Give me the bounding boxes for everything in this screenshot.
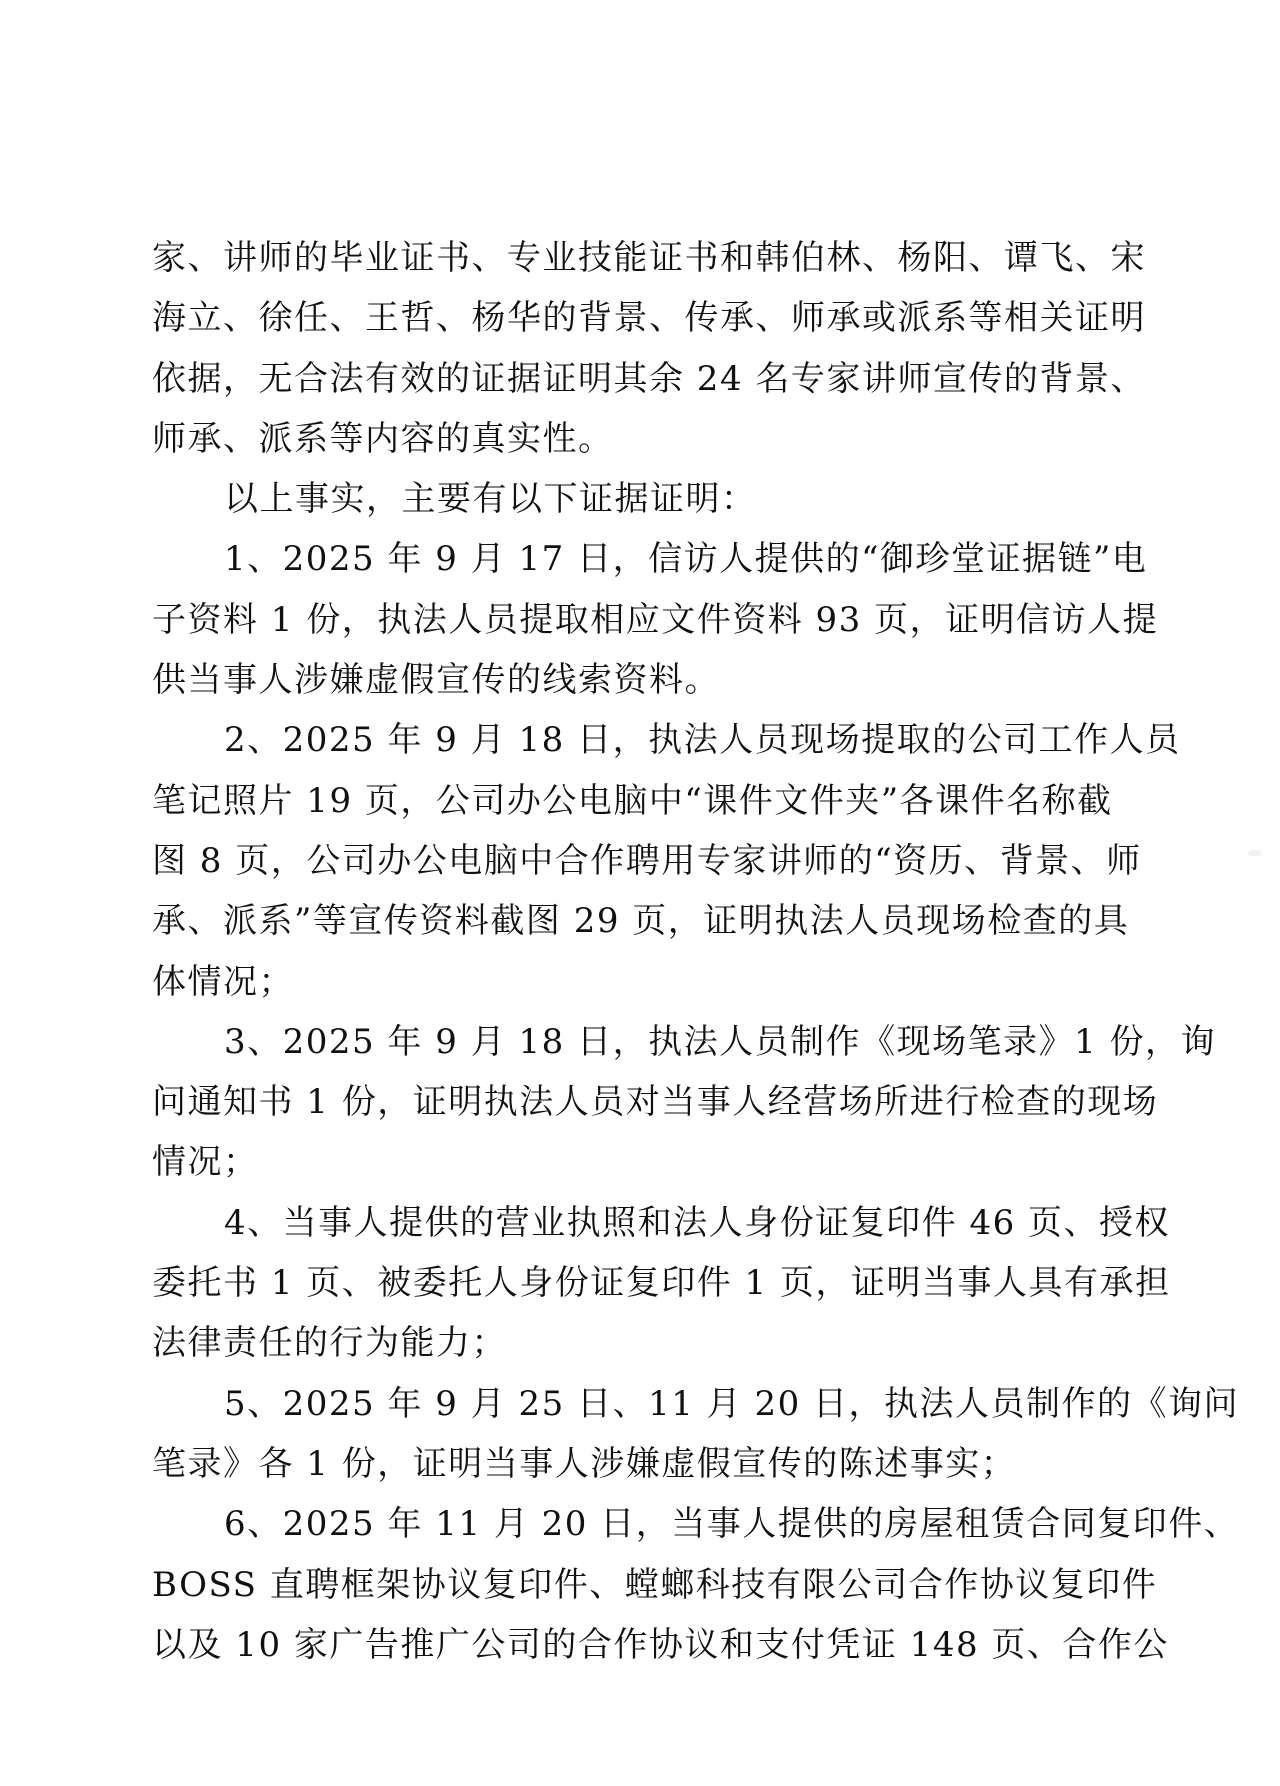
text-line: 依据，无合法有效的证据证明其余 24 名专家讲师宣传的背景、: [152, 349, 1132, 409]
evidence-intro: 以上事实，主要有以下证据证明：: [152, 469, 1132, 529]
scan-smudge: [1248, 850, 1262, 856]
text-line: 委托书 1 页、被委托人身份证复印件 1 页，证明当事人具有承担: [152, 1253, 1132, 1313]
text-line: 6、2025 年 11 月 20 日，当事人提供的房屋租赁合同复印件、: [152, 1494, 1132, 1554]
evidence-item-1: 1、2025 年 9 月 17 日，信访人提供的“御珍堂证据链”电 子资料 1 …: [152, 529, 1132, 710]
document-page: 家、讲师的毕业证书、专业技能证书和韩伯林、杨阳、谭飞、宋 海立、徐任、王哲、杨华…: [152, 228, 1132, 1675]
evidence-item-6: 6、2025 年 11 月 20 日，当事人提供的房屋租赁合同复印件、 BOSS…: [152, 1494, 1132, 1675]
text-line: 笔录》各 1 份，证明当事人涉嫌虚假宣传的陈述事实；: [152, 1434, 1132, 1494]
text-line: 问通知书 1 份，证明执法人员对当事人经营场所进行检查的现场: [152, 1072, 1132, 1132]
text-line: 海立、徐任、王哲、杨华的背景、传承、师承或派系等相关证明: [152, 288, 1132, 348]
continuation-paragraph: 家、讲师的毕业证书、专业技能证书和韩伯林、杨阳、谭飞、宋 海立、徐任、王哲、杨华…: [152, 228, 1132, 469]
text-line: 4、当事人提供的营业执照和法人身份证复印件 46 页、授权: [152, 1193, 1132, 1253]
text-line: 承、派系”等宣传资料截图 29 页，证明执法人员现场检查的具: [152, 891, 1132, 951]
text-line: 3、2025 年 9 月 18 日，执法人员制作《现场笔录》1 份，询: [152, 1012, 1132, 1072]
text-line: 法律责任的行为能力；: [152, 1313, 1132, 1373]
text-line: 笔记照片 19 页，公司办公电脑中“课件文件夹”各课件名称截: [152, 771, 1132, 831]
text-line: 以上事实，主要有以下证据证明：: [152, 469, 1132, 529]
text-line: 图 8 页，公司办公电脑中合作聘用专家讲师的“资历、背景、师: [152, 831, 1132, 891]
evidence-item-5: 5、2025 年 9 月 25 日、11 月 20 日，执法人员制作的《询问 笔…: [152, 1374, 1132, 1495]
text-line: 子资料 1 份，执法人员提取相应文件资料 93 页，证明信访人提: [152, 590, 1132, 650]
text-line: 体情况；: [152, 952, 1132, 1012]
text-line: 情况；: [152, 1132, 1132, 1192]
text-line: 1、2025 年 9 月 17 日，信访人提供的“御珍堂证据链”电: [152, 529, 1132, 589]
evidence-item-4: 4、当事人提供的营业执照和法人身份证复印件 46 页、授权 委托书 1 页、被委…: [152, 1193, 1132, 1374]
text-line: 以及 10 家广告推广公司的合作协议和支付凭证 148 页、合作公: [152, 1615, 1132, 1675]
text-line: 5、2025 年 9 月 25 日、11 月 20 日，执法人员制作的《询问: [152, 1374, 1132, 1434]
text-line: 供当事人涉嫌虚假宣传的线索资料。: [152, 650, 1132, 710]
text-line: 师承、派系等内容的真实性。: [152, 409, 1132, 469]
text-line: 2、2025 年 9 月 18 日，执法人员现场提取的公司工作人员: [152, 710, 1132, 770]
evidence-item-2: 2、2025 年 9 月 18 日，执法人员现场提取的公司工作人员 笔记照片 1…: [152, 710, 1132, 1011]
text-line: BOSS 直聘框架协议复印件、螳螂科技有限公司合作协议复印件: [152, 1555, 1132, 1615]
evidence-item-3: 3、2025 年 9 月 18 日，执法人员制作《现场笔录》1 份，询 问通知书…: [152, 1012, 1132, 1193]
text-line: 家、讲师的毕业证书、专业技能证书和韩伯林、杨阳、谭飞、宋: [152, 228, 1132, 288]
